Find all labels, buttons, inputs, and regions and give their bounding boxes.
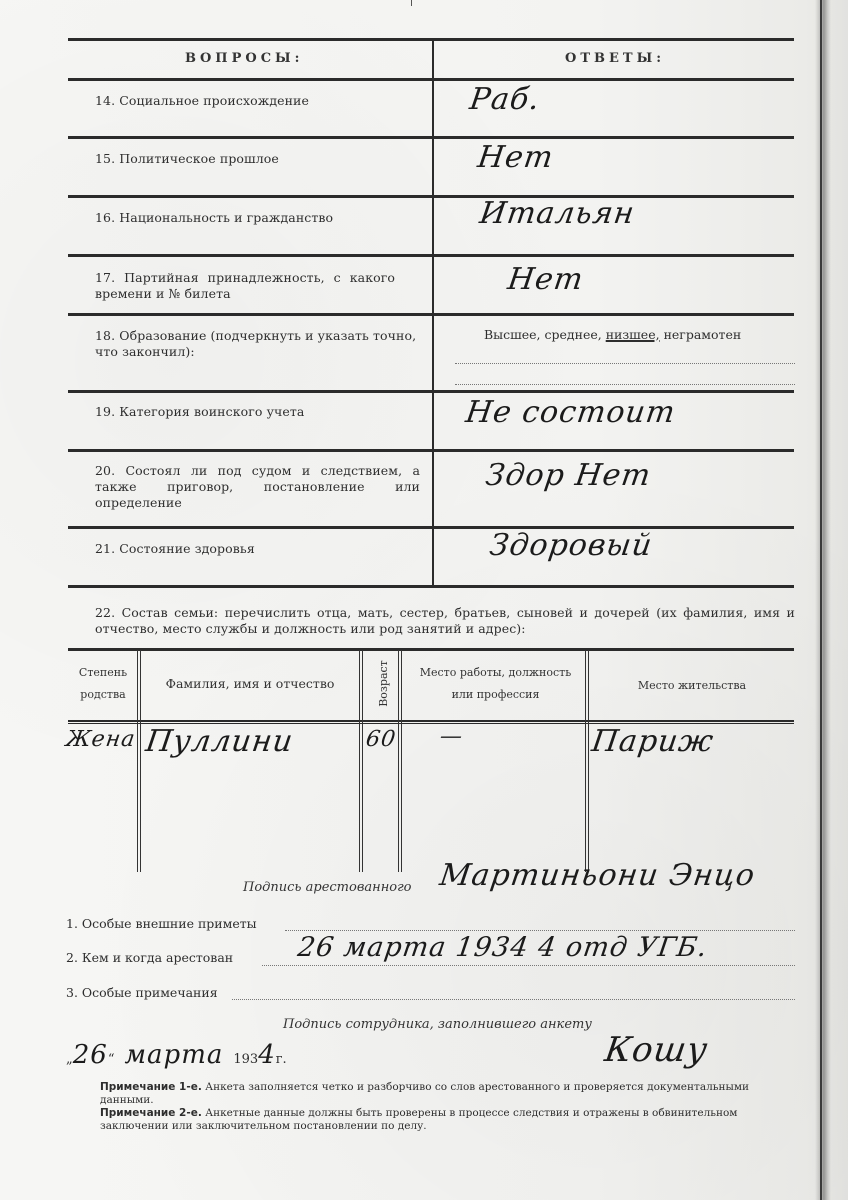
col-name: Фамилия, имя и отчество <box>142 673 358 695</box>
question-17: 17. Партийная принадлежность, с какого в… <box>95 270 395 302</box>
family-col-divider <box>359 650 363 872</box>
arrested-signature: Мартиньони Энцо <box>438 858 758 893</box>
officer-signature: Кошу <box>602 1030 710 1070</box>
family-name: Пуллини <box>144 724 296 759</box>
education-line <box>455 384 795 385</box>
row-divider <box>68 313 794 316</box>
col-residence: Место жительства <box>592 675 792 697</box>
family-relation: Жена <box>64 727 137 752</box>
family-residence: Париж <box>590 724 717 759</box>
family-age: 60 <box>364 727 398 752</box>
col-work: Место работы, должность или профессия <box>408 662 583 706</box>
question-19: 19. Категория воинского учета <box>95 404 420 420</box>
questions-header: ВОПРОСЫ: <box>185 51 303 66</box>
question-20: 20. Состоял ли под судом и следствием, а… <box>95 463 420 511</box>
binding-shadow <box>815 0 831 1200</box>
item-1-label: 1. Особые внешние приметы <box>66 916 257 931</box>
family-col-divider <box>398 650 402 872</box>
table-bottom-border <box>68 585 794 588</box>
family-col-divider <box>585 650 589 872</box>
question-16: 16. Национальность и гражданство <box>95 210 420 226</box>
row-divider <box>68 390 794 393</box>
answers-header: ОТВЕТЫ: <box>565 51 665 66</box>
note-2: Примечание 2-е. Анкетные данные должны б… <box>100 1107 800 1133</box>
officer-signature-label: Подпись сотрудника, заполнившего анкету <box>283 1017 592 1032</box>
answer-14: Раб. <box>468 82 543 117</box>
arrested-signature-label: Подпись арестованного <box>243 880 412 895</box>
question-21: 21. Состояние здоровья <box>95 541 420 557</box>
item-3-label: 3. Особые примечания <box>66 985 218 1000</box>
item-2-value: 26 марта 1934 4 отд УГБ. <box>296 932 710 963</box>
row-divider <box>68 254 794 257</box>
answer-20: Здор Нет <box>484 458 654 493</box>
table-top-border <box>68 38 794 41</box>
family-work: — <box>438 724 465 749</box>
answer-19: Не состоит <box>464 395 678 430</box>
question-14: 14. Социальное происхождение <box>95 93 420 109</box>
question-18: 18. Образование (подчеркнуть и указать т… <box>95 328 420 360</box>
answer-21: Здоровый <box>488 528 655 563</box>
column-divider <box>432 38 434 587</box>
date-field: „26“марта1934г. <box>66 1040 287 1070</box>
family-title: 22. Состав семьи: перечислить отца, мать… <box>95 605 795 637</box>
col-relation: Степень родства <box>70 662 136 706</box>
row-divider <box>68 449 794 452</box>
education-selected: низшее, <box>606 327 660 342</box>
col-age: Возраст <box>377 660 390 707</box>
row-divider <box>68 78 794 81</box>
row-divider <box>68 526 794 529</box>
education-line <box>455 363 795 364</box>
question-15: 15. Политическое прошлое <box>95 151 420 167</box>
item-2-label: 2. Кем и когда арестован <box>66 950 233 965</box>
answer-17: Нет <box>506 262 586 297</box>
row-divider <box>68 136 794 139</box>
family-col-divider <box>137 650 141 872</box>
crop-mark <box>411 0 412 6</box>
answer-15: Нет <box>476 140 556 175</box>
education-options: Высшее, среднее, низшее, неграмотен <box>484 327 741 342</box>
item-1-line <box>285 930 795 931</box>
item-3-line <box>232 999 795 1000</box>
item-2-line <box>262 965 795 966</box>
row-divider <box>68 195 794 198</box>
note-1: Примечание 1-е. Анкета заполняется четко… <box>100 1081 800 1107</box>
binding-edge <box>820 0 822 1200</box>
family-table-top <box>68 648 794 651</box>
answer-16: Итальян <box>478 196 637 231</box>
